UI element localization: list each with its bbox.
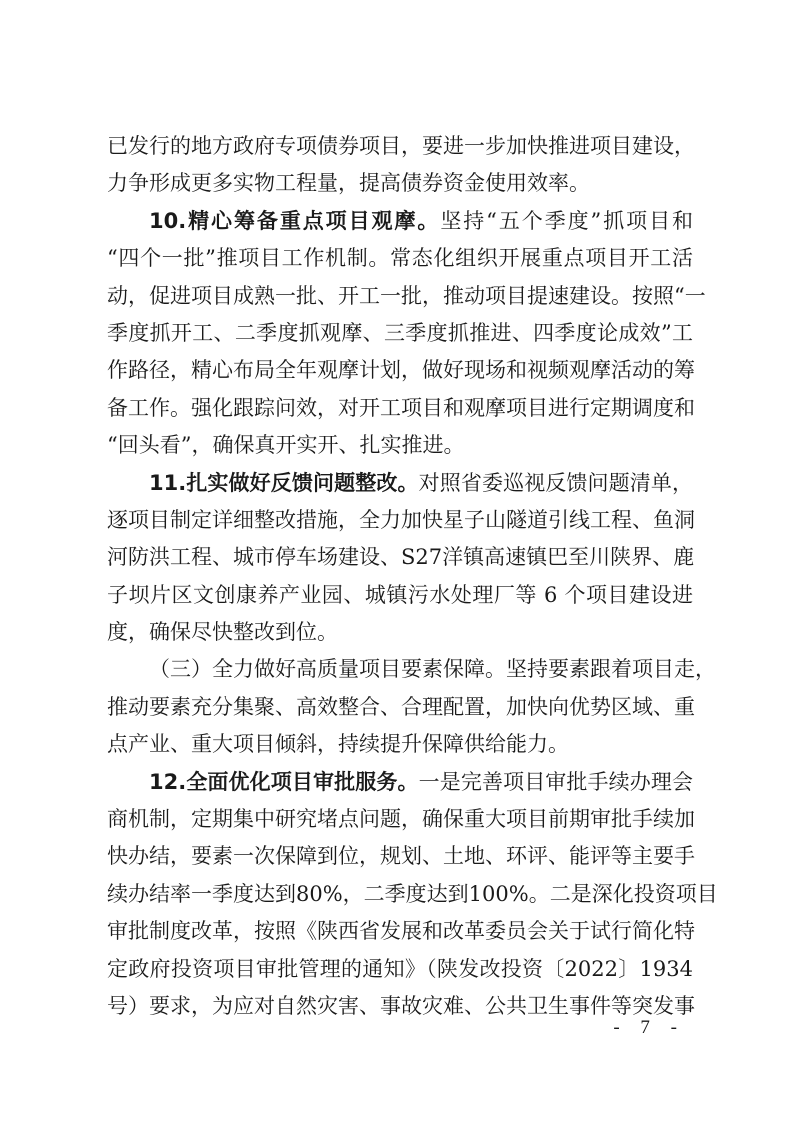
paragraph-line: “回头看”，确保真开实开、扎实推进。	[107, 427, 693, 464]
document-page: 已发行的地方政府专项债券项目，要进一步加快推进项目建设， 力争形成更多实物工程量…	[107, 128, 693, 1025]
paragraph-text: 对照省委巡视反馈问题清单，	[419, 471, 693, 495]
paragraph-line: 已发行的地方政府专项债券项目，要进一步加快推进项目建设，	[107, 128, 693, 165]
paragraph-line: “四个一批”推项目工作机制。常态化组织开展重点项目开工活	[107, 240, 693, 277]
paragraph-line: 季度抓开工、二季度抓观摩、三季度抓推进、四季度论成效”工	[107, 315, 693, 352]
paragraph-line: 定政府投资项目审批管理的通知》（陕发改投资〔2022〕1934	[107, 951, 693, 988]
paragraph-line: 度，确保尽快整改到位。	[107, 614, 693, 651]
paragraph-line: 商机制，定期集中研究堵点问题，确保重大项目前期审批手续加	[107, 801, 693, 838]
page-number-text: - 7 -	[613, 1017, 685, 1039]
section-heading-10: 10.精心筹备重点项目观摩。	[149, 209, 440, 233]
paragraph-line: 逐项目制定详细整改措施，全力加快星子山隧道引线工程、鱼洞	[107, 502, 693, 539]
subsection-line: （三）全力做好高质量项目要素保障。坚持要素跟着项目走，	[107, 651, 693, 688]
page-number: - 7 -	[0, 1017, 793, 1039]
section-heading-line: 11.扎实做好反馈问题整改。对照省委巡视反馈问题清单，	[107, 465, 693, 502]
paragraph-line: 河防洪工程、城市停车场建设、S27洋镇高速镇巴至川陕界、鹿	[107, 539, 693, 576]
paragraph-line: 推动要素充分集聚、高效整合、合理配置，加快向优势区域、重	[107, 689, 693, 726]
paragraph-line: 备工作。强化跟踪问效，对开工项目和观摩项目进行定期调度和	[107, 390, 693, 427]
paragraph-line: 子坝片区文创康养产业园、城镇污水处理厂等 6 个项目建设进	[107, 577, 693, 614]
paragraph-text: 坚持“五个季度”抓项目和	[440, 209, 693, 233]
section-heading-12: 12.全面优化项目审批服务。	[149, 770, 419, 794]
section-heading-line: 12.全面优化项目审批服务。一是完善项目审批手续办理会	[107, 764, 693, 801]
section-heading-11: 11.扎实做好反馈问题整改。	[149, 471, 419, 495]
paragraph-line: 点产业、重大项目倾斜，持续提升保障供给能力。	[107, 726, 693, 763]
paragraph-line: 审批制度改革，按照《陕西省发展和改革委员会关于试行简化特	[107, 913, 693, 950]
paragraph-line: 续办结率一季度达到80%，二季度达到100%。二是深化投资项目	[107, 876, 693, 913]
paragraph-line: 作路径，精心布局全年观摩计划，做好现场和视频观摩活动的筹	[107, 352, 693, 389]
paragraph-text: 一是完善项目审批手续办理会	[419, 770, 693, 794]
section-heading-line: 10.精心筹备重点项目观摩。坚持“五个季度”抓项目和	[107, 203, 693, 240]
paragraph-line: 动，促进项目成熟一批、开工一批，推动项目提速建设。按照“一	[107, 278, 693, 315]
paragraph-line: 快办结，要素一次保障到位，规划、土地、环评、能评等主要手	[107, 838, 693, 875]
paragraph-line: 力争形成更多实物工程量，提高债券资金使用效率。	[107, 165, 693, 202]
